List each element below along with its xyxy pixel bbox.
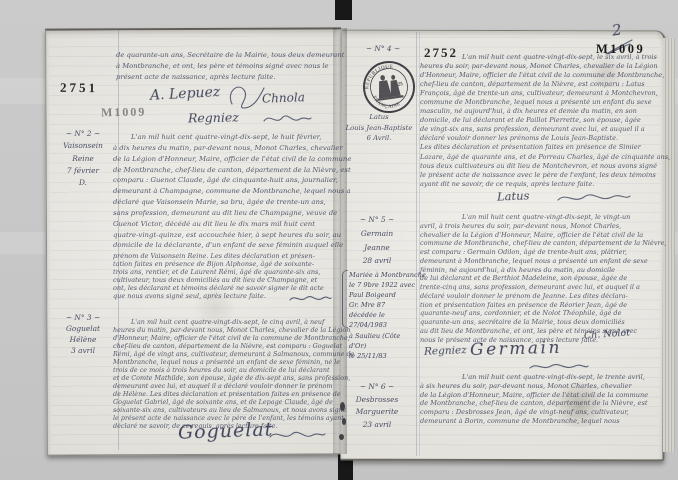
- handwritten-line: ~ N° 3 ~: [52, 312, 114, 323]
- page-number: 2: [611, 20, 623, 39]
- handwritten-line: demeurant à Borin, commune de Montbranch…: [420, 417, 652, 426]
- act4-margin-name: LatusLouis Jean-Baptiste6 Avril.: [344, 112, 414, 144]
- handwritten-line: ~ N° 5 ~: [346, 213, 408, 227]
- paraph-flourish: [262, 112, 312, 126]
- handwritten-line: Reine: [52, 153, 114, 165]
- act5-margin-annotation: Mariée à Montbranchele 7 9bre 1922 avecP…: [349, 270, 413, 361]
- handwritten-line: Latus: [344, 112, 414, 123]
- handwritten-line: déclaré vouloir donner les prénoms de Lo…: [420, 134, 650, 143]
- fiscal-stamp-icon: RÉPUBLIQUE FRANÇAISE 25: [359, 57, 420, 118]
- gutter-ink-blob: [339, 434, 344, 440]
- witness-signature: Regniez: [424, 344, 467, 357]
- act3-margin-note: ~ N° 3 ~GoguelatHélène3 avril: [52, 312, 114, 356]
- handwritten-line: à Saulieu (Côte: [349, 331, 413, 341]
- serial-number-stamp-left: 2751: [60, 80, 98, 96]
- mayor-signature-flourish: [556, 190, 632, 206]
- handwritten-line: D.: [52, 177, 114, 189]
- handwritten-line: décédée le: [349, 310, 413, 320]
- handwritten-line: L'an mil huit cent quatre-vingt-dix-sept…: [113, 318, 339, 326]
- handwritten-line: quatre-vingt-quinze, est accouchée hier,…: [113, 230, 339, 241]
- handwritten-line: Germain: [346, 227, 408, 241]
- declarant-signature: Goguelat: [178, 418, 274, 443]
- handwritten-line: de lui déclarant et de Berthiot Madelein…: [420, 274, 650, 283]
- act5-margin-note: ~ N° 5 ~GermainJeanne28 avril: [346, 213, 408, 268]
- handwritten-line: le présent acte de naissance avec le pèr…: [420, 171, 650, 180]
- spine-clamp-top: [335, 0, 352, 20]
- handwritten-line: domicile, de lui déclarant et de Paillot…: [420, 116, 650, 125]
- handwritten-line: demeurant à Champagne, commune de Montbr…: [113, 186, 339, 197]
- act6-body: L'an mil huit cent quatre-vingt-dix-sept…: [420, 373, 652, 426]
- handwritten-line: heures du soir, par-devant nous, Monot C…: [420, 62, 650, 71]
- handwritten-line: ~ N° 6 ~: [346, 381, 408, 394]
- paraph-flourish: [268, 428, 326, 442]
- handwritten-line: comparu : Guenot Claude, âgé de cinquant…: [113, 175, 339, 186]
- handwritten-line: Marguerite: [346, 406, 408, 419]
- handwritten-line: trente-cinq ans, sans profession, demeur…: [420, 283, 650, 292]
- handwritten-line: Vaisonsein: [52, 140, 114, 152]
- handwritten-line: chevalier de la Légion d'Honneur, Maire,…: [420, 231, 650, 240]
- handwritten-line: féminin, né aujourd'hui, à dix heures du…: [420, 266, 650, 275]
- handwritten-line: soixante-six ans, cultivateurs au lieu d…: [113, 406, 339, 414]
- handwritten-line: de la Légion d'Honneur, Maire, officier …: [420, 391, 652, 400]
- handwritten-line: Desbrosses: [346, 394, 408, 407]
- handwritten-line: Mariée à Montbranche: [349, 270, 413, 280]
- handwritten-line: Goguelat Gabriel, âgé de soixante ans, e…: [113, 398, 339, 406]
- annotation-bracket: [342, 270, 348, 328]
- handwritten-line: Hélène: [52, 334, 114, 345]
- handwritten-line: à dix heures du matin, par-devant nous, …: [113, 143, 339, 154]
- handwritten-line: chef-lieu de canton, département de la N…: [420, 80, 650, 89]
- handwritten-line: demeurant avec lui, et auquel il a décla…: [113, 382, 339, 390]
- handwritten-line: ayant dit ne savoir, de ce requis, après…: [420, 180, 650, 189]
- handwritten-line: masculin, né aujourd'hui, à dix heures e…: [420, 107, 650, 116]
- declarant-signature: Germain: [470, 338, 562, 360]
- handwritten-line: à six heures du soir, par-devant nous, M…: [420, 382, 652, 391]
- handwritten-line: 23 avril: [346, 419, 408, 432]
- handwritten-line: heures du matin, par-devant nous, Monot …: [113, 326, 339, 334]
- handwritten-line: 6 Avril.: [344, 133, 414, 144]
- handwritten-line: le 25/11/83: [349, 351, 413, 361]
- handwritten-line: domicile de la déclarante, d'un enfant d…: [113, 240, 339, 251]
- handwritten-line: Lazare, âgé de quarante ans, et de Porre…: [420, 153, 650, 162]
- inventory-stamp-left: M1009: [101, 105, 147, 121]
- handwritten-line: d'Honneur, Maire, officier de l'état civ…: [113, 334, 339, 342]
- handwritten-line: de vingt-six ans, sans profession, demeu…: [420, 125, 650, 134]
- handwritten-line: demeurant à Montbranche, lequel nous a p…: [420, 257, 650, 266]
- witness-signature: Chnola: [262, 90, 305, 105]
- handwritten-line: 27/04/1983: [349, 320, 413, 330]
- handwritten-line: cultivateur, tous deux domiciliés au dit…: [113, 276, 339, 284]
- handwritten-line: d'Honneur, Maire, officier de l'état civ…: [420, 71, 650, 80]
- handwritten-line: quarante-neuf ans, cordonnier, et de Nol…: [420, 309, 650, 318]
- handwritten-line: à Montbranche, et ont, les père et témoi…: [116, 61, 338, 72]
- handwritten-line: Gr. Mre 87: [349, 300, 413, 310]
- act2-margin-note: ~ N° 2 ~VaisonseinReine7 févrierD.: [52, 128, 114, 189]
- handwritten-line: comparu : Desbrosses Jean, âgé de vingt-…: [420, 408, 652, 417]
- handwritten-line: Guenot Victor, décédé au dit lieu le dix…: [113, 219, 339, 230]
- handwritten-line: quarante-un ans, secrétaire de la Mairie…: [420, 318, 650, 327]
- handwritten-line: déclaré que Vaisonsein Marie, sa bru, âg…: [113, 197, 339, 208]
- handwritten-line: Montbranche, lequel nous a présenté un e…: [113, 358, 339, 366]
- handwritten-line: déclaré vouloir donner le prénom de Jean…: [420, 292, 650, 301]
- act4-body: L'an mil huit cent quatre-vingt-dix-sept…: [420, 53, 650, 189]
- handwritten-line: Rémi, âgé de vingt ans, cultivateur, dem…: [113, 350, 339, 358]
- handwritten-line: 3 avril: [52, 345, 114, 356]
- handwritten-line: tation faites en présence de Bijon Alpho…: [113, 260, 339, 268]
- register-scan: 2751 M1009 de quarante-un ans, Secrétair…: [0, 0, 678, 480]
- handwritten-line: ~ N° 2 ~: [52, 128, 114, 140]
- handwritten-line: trois de ce mois à trois heures du soir,…: [113, 366, 339, 374]
- handwritten-line: avril, à trois heures du soir, par-devan…: [420, 222, 650, 231]
- handwritten-line: L'an mil huit cent quatre-vingt-dix-sept…: [420, 373, 652, 382]
- handwritten-line: Louis Jean-Baptiste: [344, 123, 414, 134]
- handwritten-line: L'an mil huit cent quatre-vingt-dix-sept…: [420, 53, 650, 62]
- declarant-signature: Latus: [497, 188, 530, 203]
- handwritten-line: L'an mil huit cent quatre-vingt-dix-sept…: [420, 213, 650, 222]
- handwritten-line: de la Légion d'Honneur, Maire, officier …: [113, 154, 339, 165]
- handwritten-line: L'an mil huit cent quatre-vingt-dix-sept…: [113, 132, 339, 143]
- handwritten-line: est comparu : Germain Odilon, âgé de tre…: [420, 248, 650, 257]
- handwritten-line: Goguelat: [52, 323, 114, 334]
- handwritten-line: prénom de Vaisonsein Reine. Les dites dé…: [113, 252, 339, 260]
- act4-margin-number: ~ N° 4 ~: [358, 44, 408, 53]
- handwritten-line: chef-lieu de canton, département de la N…: [113, 342, 339, 350]
- handwritten-line: Paul Boigeard: [349, 290, 413, 300]
- paraph-flourish: [528, 360, 590, 373]
- handwritten-line: commune de Montbranche, chef-lieu de can…: [420, 239, 650, 248]
- handwritten-line: de Hélène. Les dites déclaration et prés…: [113, 390, 339, 398]
- act2-body: L'an mil huit cent quatre-vingt-dix-sept…: [113, 132, 339, 251]
- act6-margin-note: ~ N° 6 ~DesbrossesMarguerite23 avril: [346, 381, 408, 431]
- handwritten-line: commune de Montbranche, lequel nous a pr…: [420, 98, 650, 107]
- paraph-flourish: [224, 82, 266, 110]
- witness-signature: Regniez: [188, 110, 239, 126]
- handwritten-line: tion et présentation faites en présence …: [420, 301, 650, 310]
- handwritten-line: de Montbranche, chef-lieu de canton, dép…: [420, 399, 652, 408]
- handwritten-line: de quarante-un ans, Secrétaire de la Mai…: [116, 50, 338, 61]
- handwritten-line: Jeanne: [346, 241, 408, 255]
- handwritten-line: d'Or): [349, 341, 413, 351]
- handwritten-line: tous deux cultivateurs au dit lieu de Mo…: [420, 162, 650, 171]
- previous-act-ending: de quarante-un ans, Secrétaire de la Mai…: [116, 50, 338, 83]
- act5-body: L'an mil huit cent quatre-vingt-dix-sept…: [420, 213, 650, 344]
- act3-body: L'an mil huit cent quatre-vingt-dix-sept…: [113, 318, 339, 430]
- paraph-flourish: [288, 292, 332, 305]
- handwritten-line: 28 avril: [346, 254, 408, 268]
- handwritten-line: sans profession, demeurant au dit lieu d…: [113, 208, 339, 219]
- handwritten-line: Les dites déclaration et présentation fa…: [420, 143, 650, 152]
- handwritten-line: et de Comte Mathilde, son épouse, âgée d…: [113, 374, 339, 382]
- handwritten-line: de Montbranche, chef-lieu de canton, dép…: [113, 165, 339, 176]
- handwritten-line: le 7 9bre 1922 avec: [349, 280, 413, 290]
- handwritten-line: François, âgé de trente-un ans, cultivat…: [420, 89, 650, 98]
- handwritten-line: trois ans, rentier, et de Laurent Rémi, …: [113, 268, 339, 276]
- handwritten-line: 7 février: [52, 165, 114, 177]
